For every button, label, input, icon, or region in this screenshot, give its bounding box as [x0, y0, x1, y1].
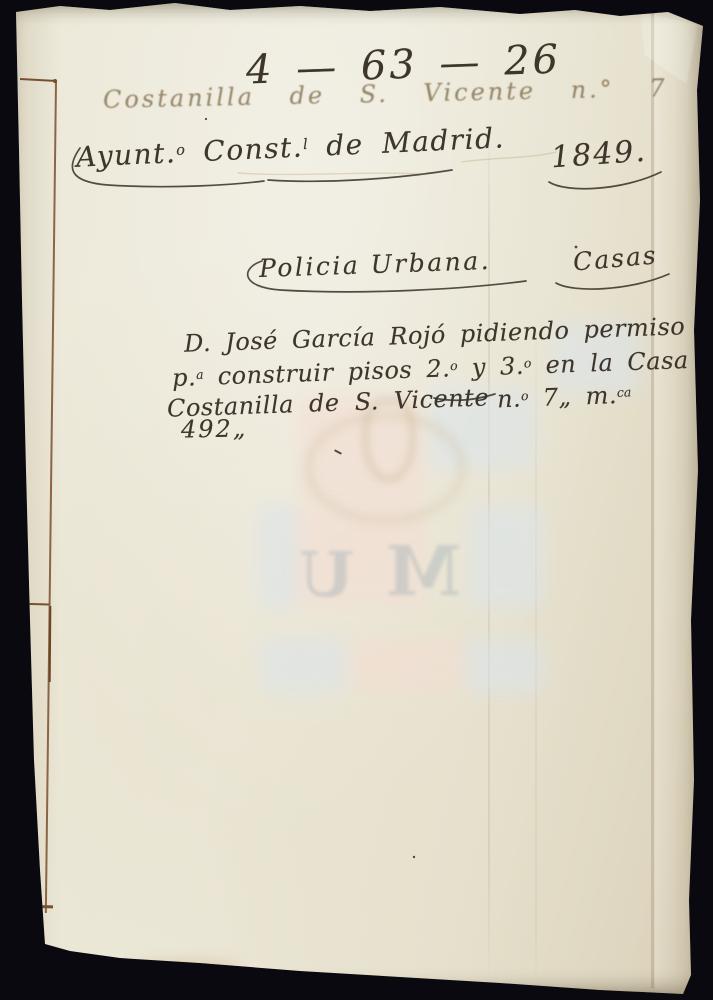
stitch-thread-vertical-dark — [49, 606, 52, 682]
header-office: Ayunt.o Const.l de Madrid. — [75, 121, 505, 173]
stitch-thread-bottom — [15, 905, 53, 908]
seal-blue-patch — [468, 505, 544, 609]
seal-letter-left: U — [300, 538, 354, 611]
seal-blue-patch — [260, 638, 346, 694]
paper-smudge — [128, 960, 240, 978]
office-underline-2 — [268, 170, 452, 181]
paper-sheet: U M Costanilla de S. Vicente n.° 7 4 — 6… — [0, 0, 713, 1000]
stitch-thread-middle — [15, 603, 49, 606]
casas-underline-flourish — [556, 274, 669, 289]
archive-photo: U M Costanilla de S. Vicente n.° 7 4 — 6… — [0, 0, 713, 1000]
stitch-thread-vertical — [45, 81, 57, 913]
right-edge-band — [655, 8, 703, 990]
right-fold-crease — [651, 12, 654, 988]
subject-policia-urbana: Policia Urbana. — [259, 246, 492, 283]
gutter-shading — [16, 4, 60, 950]
stitch-thread-top — [20, 78, 57, 82]
header-year: 1849. — [550, 134, 648, 176]
seal-letter-right: M — [386, 532, 461, 612]
subject-casas: Casas — [572, 240, 659, 276]
stitch-knot — [53, 79, 57, 83]
body-line-3-number: n.o 7„ m.ca — [497, 381, 632, 414]
year-underline-flourish — [549, 172, 661, 189]
corner-fold-highlight — [640, 12, 698, 84]
seal-blue-patch — [258, 505, 298, 609]
seal-blue-patch — [466, 638, 544, 694]
seal-pink-patch — [350, 638, 464, 694]
body-line-4-block-number: 492„ — [181, 414, 248, 443]
ghost-stroke — [238, 173, 425, 174]
